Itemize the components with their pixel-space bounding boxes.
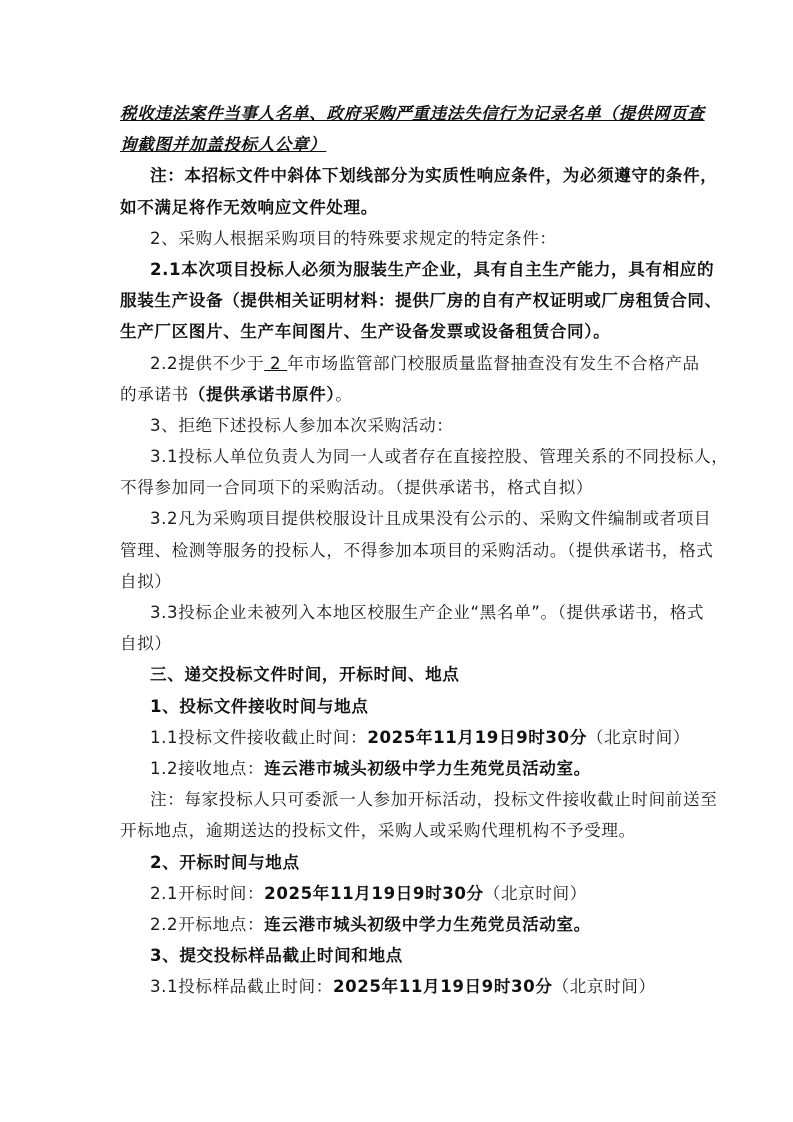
document-line: 3、拒绝下述投标人参加本次采购活动： [120,410,675,441]
document-line: 询截图并加盖投标人公章） [120,129,675,160]
text-segment: 3、提交投标样品截止时间和地点 [150,946,403,965]
text-segment: 税收违法案件当事人名单、政府采购严重违法失信行为记录名单（提供网页查 [120,104,705,123]
text-segment: 如不满足将作无效响应文件处理。 [120,198,378,217]
text-segment: 3.2凡为采购项目提供校服设计且成果没有公示的、采购文件编制或者项目 [150,509,711,528]
document-line: 1、投标文件接收时间与地点 [120,691,675,722]
text-segment: 连云港市城头初级中学力生苑党员活动室。 [264,759,591,778]
document-line: 1.1投标文件接收截止时间：2025年11月19日9时30分（北京时间） [120,722,675,753]
text-segment: （北京时间） [587,728,690,747]
document-line: 如不满足将作无效响应文件处理。 [120,192,675,223]
text-segment: 连云港市城头初级中学力生苑党员活动室。 [264,915,591,934]
document-line: 2、采购人根据采购项目的特殊要求规定的特定条件： [120,223,675,254]
document-line: 注：每家投标人只可委派一人参加开标活动，投标文件接收截止时间前送至 [120,784,675,815]
document-line: 1.2接收地点：连云港市城头初级中学力生苑党员活动室。 [120,753,675,784]
text-segment: 2025年11月19日9时30分 [333,977,553,996]
text-segment: （提供承诺书原件） [189,385,335,404]
document-line: 自拟） [120,628,675,659]
document-line: 2.1本次项目投标人必须为服装生产企业，具有自主生产能力，具有相应的 [120,254,675,285]
document-line: 2.2提供不少于 2 年市场监管部门校服质量监督抽查没有发生不合格产品 [120,348,675,379]
text-segment: 。 [335,385,352,404]
document-line: 2、开标时间与地点 [120,847,675,878]
text-segment: 服装生产设备（提供相关证明材料：提供厂房的自有产权证明或厂房租赁合同、 [120,291,722,310]
text-segment: 不得参加同一合同项下的采购活动。（提供承诺书，格式自拟） [120,478,593,497]
text-segment: 三、递交投标文件时间，开标时间、地点 [150,665,460,684]
text-segment: 2.1开标时间： [150,884,264,903]
document-line: 不得参加同一合同项下的采购活动。（提供承诺书，格式自拟） [120,472,675,503]
text-segment: 询截图并加盖投标人公章） [120,135,326,154]
text-segment: 注：每家投标人只可委派一人参加开标活动，投标文件接收截止时间前送至 [150,790,717,809]
document-line: 3.3投标企业未被列入本地区校服生产企业“黑名单”。（提供承诺书，格式 [120,597,675,628]
text-segment: 生产厂区图片、生产车间图片、生产设备发票或设备租赁合同）。 [120,322,610,341]
document-line: 管理、检测等服务的投标人，不得参加本项目的采购活动。（提供承诺书，格式 [120,535,675,566]
document-line: 3.1投标样品截止时间：2025年11月19日9时30分（北京时间） [120,971,675,1002]
text-segment: 2025年11月19日9时30分 [367,728,587,747]
text-segment: 3.3投标企业未被列入本地区校服生产企业“黑名单”。（提供承诺书，格式 [150,603,704,622]
document-page: 税收违法案件当事人名单、政府采购严重违法失信行为记录名单（提供网页查询截图并加盖… [120,98,675,1002]
text-segment: 年市场监管部门校服质量监督抽查没有发生不合格产品 [287,354,700,373]
document-line: 的承诺书（提供承诺书原件）。 [120,379,675,410]
document-line: 3、提交投标样品截止时间和地点 [120,940,675,971]
text-segment: 1.1投标文件接收截止时间： [150,728,367,747]
text-segment: 2.2开标地点： [150,915,264,934]
text-segment: （北京时间） [553,977,656,996]
text-segment: 开标地点，逾期送达的投标文件，采购人或采购代理机构不予受理。 [120,821,636,840]
text-segment: （北京时间） [484,884,587,903]
text-segment: 3.1投标人单位负责人为同一人或者存在直接控股、管理关系的不同投标人， [150,447,728,466]
text-segment: 注：本招标文件中斜体下划线部分为实质性响应条件，为必须遵守的条件， [150,166,717,185]
document-line: 2.1开标时间：2025年11月19日9时30分（北京时间） [120,878,675,909]
text-segment: 2.1本次项目投标人必须为服装生产企业，具有自主生产能力，具有相应的 [150,260,714,279]
document-line: 3.1投标人单位负责人为同一人或者存在直接控股、管理关系的不同投标人， [120,441,675,472]
text-segment: 2、开标时间与地点 [150,853,300,872]
text-segment: 管理、检测等服务的投标人，不得参加本项目的采购活动。（提供承诺书，格式 [120,541,713,560]
text-segment: 自拟） [120,572,172,591]
text-segment: 3.1投标样品截止时间： [150,977,333,996]
document-line: 3.2凡为采购项目提供校服设计且成果没有公示的、采购文件编制或者项目 [120,503,675,534]
text-segment: 1.2接收地点： [150,759,264,778]
document-line: 生产厂区图片、生产车间图片、生产设备发票或设备租赁合同）。 [120,316,675,347]
text-segment: 2、采购人根据采购项目的特殊要求规定的特定条件： [150,229,557,248]
text-segment: 3、拒绝下述投标人参加本次采购活动： [150,416,453,435]
document-line: 三、递交投标文件时间，开标时间、地点 [120,659,675,690]
text-segment: 的承诺书 [120,385,189,404]
text-segment: 2.2提供不少于 [150,354,264,373]
text-segment: 2 [264,354,287,373]
text-segment: 2025年11月19日9时30分 [264,884,484,903]
document-line: 自拟） [120,566,675,597]
document-line: 开标地点，逾期送达的投标文件，采购人或采购代理机构不予受理。 [120,815,675,846]
text-segment: 自拟） [120,634,172,653]
document-line: 注：本招标文件中斜体下划线部分为实质性响应条件，为必须遵守的条件， [120,160,675,191]
document-line: 税收违法案件当事人名单、政府采购严重违法失信行为记录名单（提供网页查 [120,98,675,129]
text-segment: 1、投标文件接收时间与地点 [150,697,368,716]
document-line: 服装生产设备（提供相关证明材料：提供厂房的自有产权证明或厂房租赁合同、 [120,285,675,316]
document-line: 2.2开标地点：连云港市城头初级中学力生苑党员活动室。 [120,909,675,940]
